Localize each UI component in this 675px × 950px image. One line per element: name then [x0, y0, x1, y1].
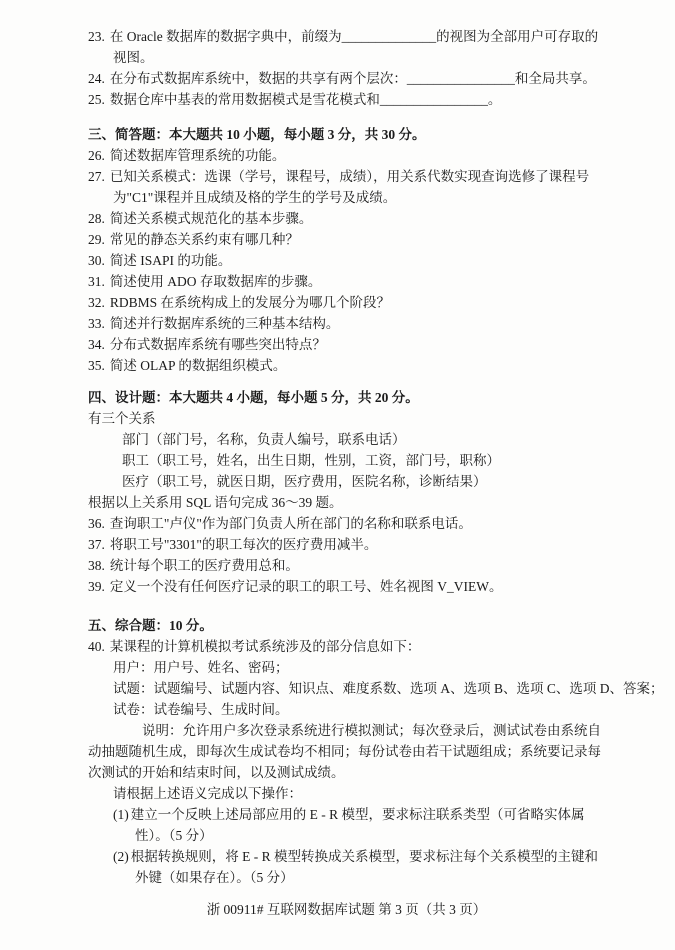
question-text: 常见的静态关系约束有哪几种？ — [110, 232, 299, 247]
question-37: 37.将职工号"3301"的职工每次的医疗费用减半。 — [88, 534, 605, 555]
question-number: 38. — [88, 558, 105, 573]
info-line-question: 试题：试题编号、试题内容、知识点、难度系数、选项 A、选项 B、选项 C、选项 … — [113, 678, 605, 699]
question-number: 23. — [88, 29, 105, 44]
section-heading-short-answer: 三、简答题：本大题共 10 小题，每小题 3 分，共 30 分。 — [88, 124, 605, 145]
question-text: 简述 OLAP 的数据组织模式。 — [110, 358, 287, 373]
question-40: 40.某课程的计算机模拟考试系统涉及的部分信息如下： — [88, 636, 605, 657]
question-text: 定义一个没有任何医疗记录的职工的职工号、姓名视图 V_VIEW。 — [110, 579, 503, 594]
question-34: 34.分布式数据库系统有哪些突出特点？ — [88, 334, 605, 355]
relation-medical: 医疗（职工号，就医日期，医疗费用，医院名称，诊断结果） — [122, 471, 605, 492]
question-40-description: 说明：允许用户多次登录系统进行模拟测试；每次登录后，测试试卷由系统自动抽题随机生… — [88, 720, 605, 783]
subquestion-number: (2) — [113, 849, 129, 864]
operations-intro: 请根据上述语义完成以下操作： — [113, 783, 605, 804]
design-intro: 有三个关系 — [88, 408, 605, 429]
question-number: 28. — [88, 211, 105, 226]
question-text: 某课程的计算机模拟考试系统涉及的部分信息如下： — [110, 639, 421, 654]
page-content: 23.在 Oracle 数据库的数据字典中，前缀为______________的… — [0, 0, 675, 920]
section-heading-design: 四、设计题：本大题共 4 小题，每小题 5 分，共 20 分。 — [88, 387, 605, 408]
question-23: 23.在 Oracle 数据库的数据字典中，前缀为______________的… — [88, 26, 605, 68]
question-number: 29. — [88, 232, 105, 247]
question-26: 26.简述数据库管理系统的功能。 — [88, 145, 605, 166]
relation-department: 部门（部门号，名称，负责人编号，联系电话） — [122, 429, 605, 450]
question-text: 分布式数据库系统有哪些突出特点？ — [110, 337, 326, 352]
question-35: 35.简述 OLAP 的数据组织模式。 — [88, 355, 605, 376]
question-number: 27. — [88, 169, 105, 184]
question-25: 25.数据仓库中基表的常用数据模式是雪花模式和________________。 — [88, 89, 605, 110]
question-text: 在分布式数据库系统中，数据的共享有两个层次：________________和全… — [110, 71, 596, 86]
question-number: 36. — [88, 516, 105, 531]
question-number: 24. — [88, 71, 105, 86]
question-number: 33. — [88, 316, 105, 331]
question-31: 31.简述使用 ADO 存取数据库的步骤。 — [88, 271, 605, 292]
section-heading-comprehensive: 五、综合题：10 分。 — [88, 615, 605, 636]
question-number: 39. — [88, 579, 105, 594]
page-footer: 浙 00911# 互联网数据库试题 第 3 页（共 3 页） — [88, 899, 605, 920]
question-text: 统计每个职工的医疗费用总和。 — [110, 558, 299, 573]
question-text: 简述 ISAPI 的功能。 — [110, 253, 232, 268]
question-28: 28.简述关系模式规范化的基本步骤。 — [88, 208, 605, 229]
question-text: 查询职工"卢仪"作为部门负责人所在部门的名称和联系电话。 — [110, 516, 472, 531]
design-note: 根据以上关系用 SQL 语句完成 36～39 题。 — [88, 492, 605, 513]
question-text: 简述关系模式规范化的基本步骤。 — [110, 211, 313, 226]
exam-paper-page: 23.在 Oracle 数据库的数据字典中，前缀为______________的… — [0, 0, 675, 950]
question-number: 37. — [88, 537, 105, 552]
subquestion-text: 建立一个反映上述局部应用的 E - R 模型，要求标注联系类型（可省略实体属性）… — [131, 807, 585, 843]
question-number: 32. — [88, 295, 105, 310]
question-36: 36.查询职工"卢仪"作为部门负责人所在部门的名称和联系电话。 — [88, 513, 605, 534]
question-text: 已知关系模式：选课（学号，课程号，成绩），用关系代数实现查询选修了课程号为"C1… — [110, 169, 589, 205]
question-27: 27.已知关系模式：选课（学号，课程号，成绩），用关系代数实现查询选修了课程号为… — [88, 166, 605, 208]
question-number: 30. — [88, 253, 105, 268]
question-number: 26. — [88, 148, 105, 163]
question-number: 25. — [88, 92, 105, 107]
question-text: 将职工号"3301"的职工每次的医疗费用减半。 — [110, 537, 378, 552]
subquestion-number: (1) — [113, 807, 129, 822]
info-line-user: 用户：用户号、姓名、密码； — [113, 657, 605, 678]
question-32: 32.RDBMS 在系统构成上的发展分为哪几个阶段？ — [88, 292, 605, 313]
question-30: 30.简述 ISAPI 的功能。 — [88, 250, 605, 271]
question-number: 40. — [88, 639, 105, 654]
question-38: 38.统计每个职工的医疗费用总和。 — [88, 555, 605, 576]
subquestion-1: (1)建立一个反映上述局部应用的 E - R 模型，要求标注联系类型（可省略实体… — [113, 804, 605, 846]
subquestion-text: 根据转换规则，将 E - R 模型转换成关系模型，要求标注每个关系模型的主键和外… — [131, 849, 598, 885]
question-number: 35. — [88, 358, 105, 373]
question-33: 33.简述并行数据库系统的三种基本结构。 — [88, 313, 605, 334]
question-text: 简述使用 ADO 存取数据库的步骤。 — [110, 274, 322, 289]
relation-employee: 职工（职工号，姓名，出生日期，性别，工资，部门号，职称） — [122, 450, 605, 471]
question-29: 29.常见的静态关系约束有哪几种？ — [88, 229, 605, 250]
question-text: RDBMS 在系统构成上的发展分为哪几个阶段？ — [110, 295, 390, 310]
question-text: 在 Oracle 数据库的数据字典中，前缀为______________的视图为… — [110, 29, 598, 65]
subquestion-2: (2)根据转换规则，将 E - R 模型转换成关系模型，要求标注每个关系模型的主… — [113, 846, 605, 888]
info-line-paper: 试卷：试卷编号、生成时间。 — [113, 699, 605, 720]
question-text: 简述并行数据库系统的三种基本结构。 — [110, 316, 340, 331]
question-number: 31. — [88, 274, 105, 289]
question-39: 39.定义一个没有任何医疗记录的职工的职工号、姓名视图 V_VIEW。 — [88, 576, 605, 597]
question-number: 34. — [88, 337, 105, 352]
question-text: 简述数据库管理系统的功能。 — [110, 148, 286, 163]
question-24: 24.在分布式数据库系统中，数据的共享有两个层次：_______________… — [88, 68, 605, 89]
question-text: 数据仓库中基表的常用数据模式是雪花模式和________________。 — [110, 92, 502, 107]
